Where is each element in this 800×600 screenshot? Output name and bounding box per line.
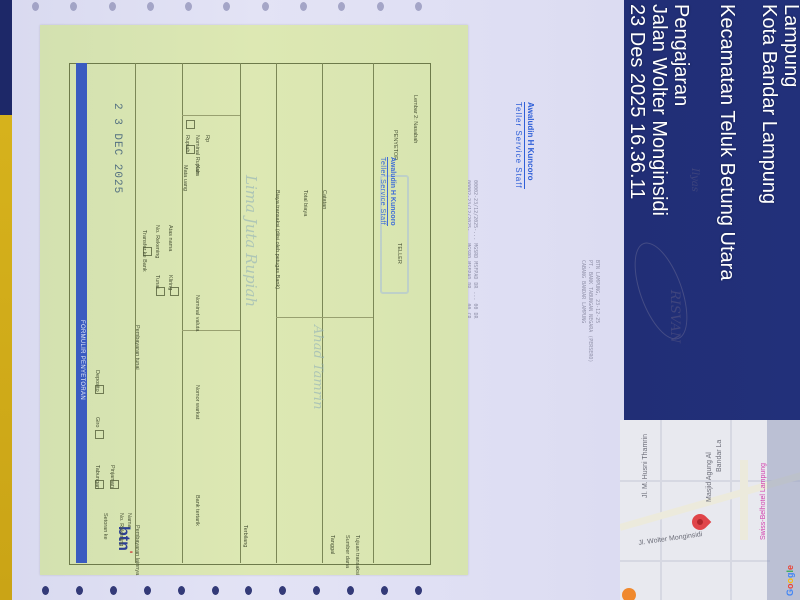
divider <box>373 63 374 563</box>
gps-timestamp: 23 Des 2025 16.36.11 <box>626 4 648 199</box>
map-label-mosque-2: Bandar La <box>716 440 723 472</box>
label-sumber-dana: Sumber dana <box>344 535 350 568</box>
label-giro: Giro <box>94 417 100 427</box>
divider <box>135 63 136 563</box>
label-tujuan-transaksi: Tujuan transaksi <box>354 535 360 575</box>
label-rp: Rp <box>204 135 210 142</box>
handwriting-note: Ahad Tamrin <box>310 325 325 409</box>
label-nomor-warkat: Nomor warkat <box>194 385 200 419</box>
label-pembayaran-lainnya: Pembayaran lainnya <box>134 525 140 575</box>
receipt-bank-header: BTN LAMPUNG, 23-12-25 PT. BANK TABUNGAN … <box>579 260 600 362</box>
label-setoran-ke: Setoran ke <box>102 513 108 540</box>
map-overlay-shade <box>767 420 800 600</box>
label-total-biaya: Total biaya <box>302 190 308 216</box>
gps-address-line-5: Lampung <box>780 4 800 87</box>
handwritten-name-2: Ilyas <box>689 168 700 192</box>
label-deposito: Deposito <box>94 370 100 392</box>
label-kliring: Kliring <box>167 275 173 290</box>
map-thumbnail[interactable]: Jl. M. Husni Thamrin Masjid Agung Al Ban… <box>620 420 800 600</box>
label-penyetor: PENYETOR <box>392 130 398 160</box>
divider <box>322 63 323 563</box>
label-tabungan: Tabungan <box>94 465 100 489</box>
label-nominal-rupiah: Nominal Rupiah <box>194 135 200 174</box>
label-pinjaman: Pinjaman <box>109 465 115 488</box>
label-mata-uang: Mata uang <box>182 165 188 191</box>
divider <box>182 330 240 331</box>
receipt-teller-stamp: Awaludin H Kuncoro Teller Service Staff <box>513 102 536 189</box>
checkbox-valas[interactable] <box>186 120 195 129</box>
label-no-rekening-tujuan: No. Rekening <box>154 225 160 258</box>
perforation-bottom <box>42 586 422 596</box>
handwritten-name: RISVAN <box>667 290 682 343</box>
perforation-top <box>32 2 422 12</box>
divider <box>240 63 241 563</box>
slip-border <box>69 63 431 565</box>
label-nama: Nama <box>126 513 132 528</box>
gps-address-line-2: Pengajaran <box>670 4 692 106</box>
deposit-slip: FORMULIR PENYETORAN 2 3 DEC 2025 btn' Se… <box>40 25 468 575</box>
handwriting-amount: Lima Juta Rupiah <box>242 175 260 307</box>
slip-header-band <box>76 63 87 563</box>
label-tunai: Tunai <box>154 275 160 289</box>
label-no-rekening: No. Rekening <box>118 513 124 546</box>
label-nominal-valuta: Nominal valuta <box>194 295 200 331</box>
label-tanggal: Tanggal <box>329 535 335 554</box>
map-label-hotel: Swiss-Belhotel Lampung <box>760 463 767 540</box>
divider <box>276 63 277 563</box>
gps-address-line-4: Kota Bandar Lampung <box>758 4 780 204</box>
label-pembayaran-tunai: Pembayaran tunai <box>134 325 140 370</box>
location-pin-icon <box>689 511 712 534</box>
divider <box>276 317 373 318</box>
checkbox-giro[interactable] <box>95 430 104 439</box>
date-stamp: 2 3 DEC 2025 <box>111 103 123 194</box>
label-rupiah: Rupiah <box>184 135 190 152</box>
map-label-street-main: Jl. Wolter Monginsidi <box>638 531 703 547</box>
label-bank-tertarik: Bank tertarik <box>194 495 200 526</box>
page-note: Lembar 2: Nasabah <box>412 95 418 143</box>
divider <box>182 115 240 116</box>
label-terbilang: Terbilang <box>242 525 248 547</box>
map-label-mosque: Masjid Agung Al <box>706 452 713 502</box>
label-atas-nama: Atas nama <box>167 225 173 251</box>
divider <box>182 63 183 563</box>
poi-marker-icon <box>622 588 636 600</box>
label-biaya-transaksi: Biaya transaksi (diisi oleh petugas Bank… <box>274 190 280 289</box>
slip-teller-stamp: Awaludin H Kuncoro Teller Service Staff <box>378 157 397 226</box>
google-attribution: Google <box>785 565 795 596</box>
map-label-street-side: Jl. M. Husni Thamrin <box>642 434 649 498</box>
label-transfer-ke-bank: Transfer ke Bank <box>141 230 147 272</box>
gps-address-line-3: Kecamatan Teluk Betung Utara <box>716 4 738 280</box>
label-catatan: Catatan <box>321 190 327 209</box>
gps-address-line-1: Jalan Wolter Monginsidi <box>648 4 670 216</box>
slip-title: FORMULIR PENYETORAN <box>76 315 87 405</box>
